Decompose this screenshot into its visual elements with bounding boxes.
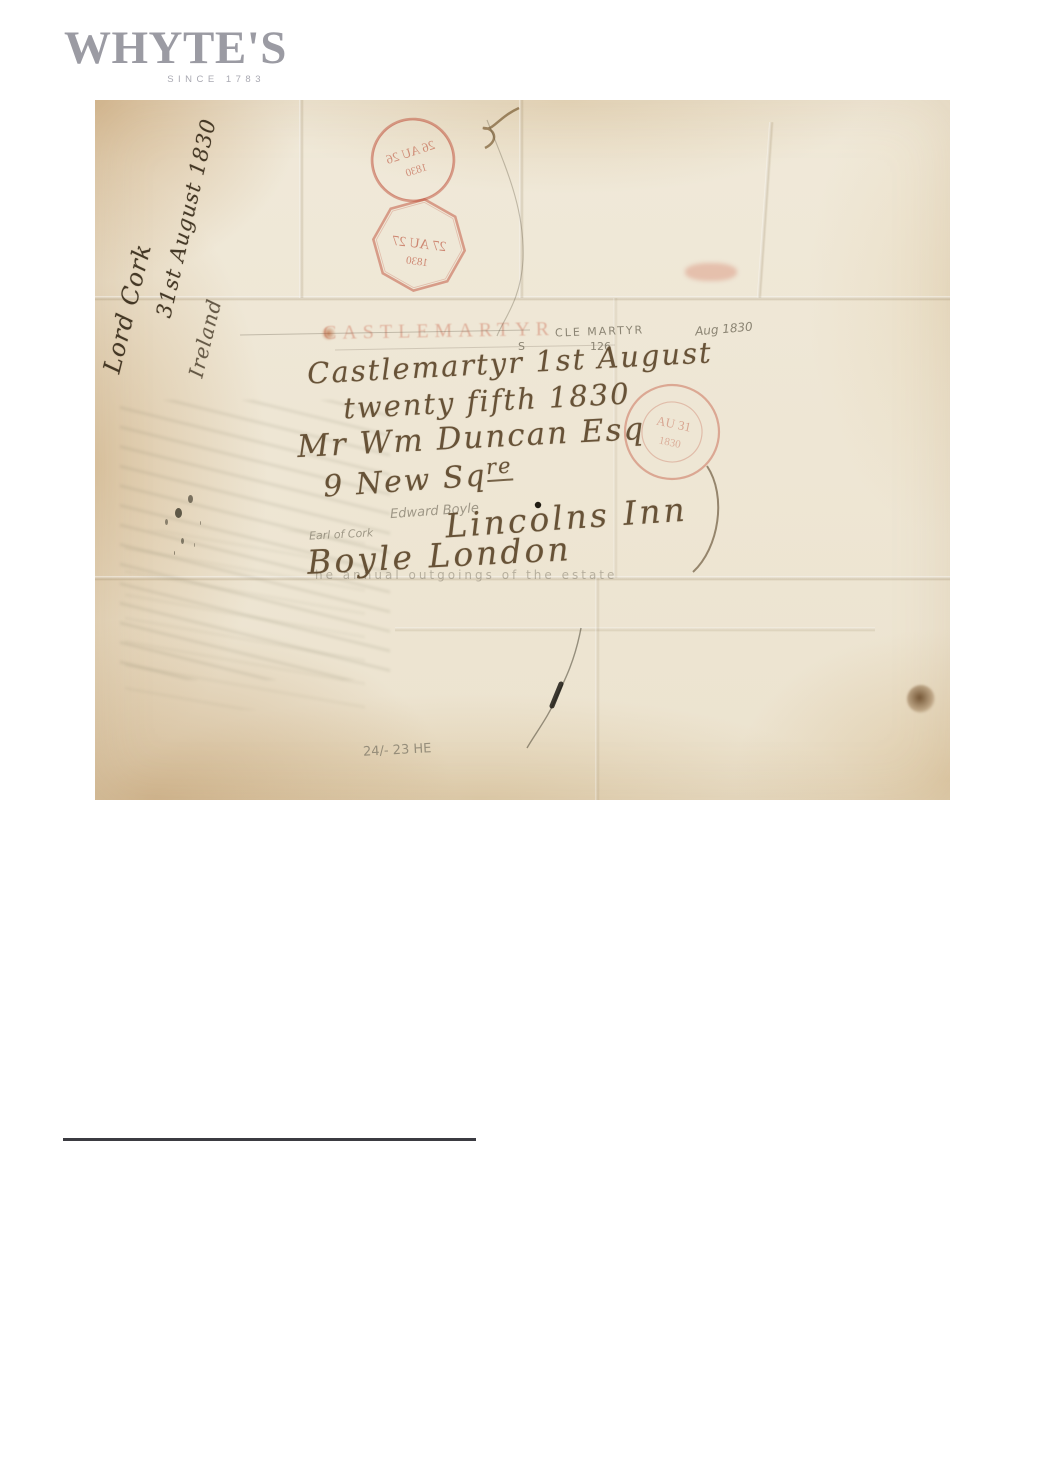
hairline-crease	[487, 120, 523, 336]
letter-photo: Lord Cork 31st August 1830 Ireland CASTL…	[95, 100, 950, 800]
ink-squiggle	[483, 108, 519, 148]
fold-crease	[757, 122, 774, 298]
ink-spatter	[175, 508, 182, 518]
docket-line-2: 31st August 1830	[152, 116, 221, 320]
pencil-price-note: 24/- 23 HE	[363, 741, 432, 760]
red-cds-date: AU 31	[655, 413, 692, 435]
docket-line-1: Lord Cork	[98, 240, 157, 376]
paper-crack	[527, 628, 581, 748]
whytes-tagline: SINCE 1783	[64, 74, 268, 85]
wax-stain	[907, 685, 935, 713]
fold-crease	[299, 100, 304, 298]
red-cds-year: 1830	[658, 435, 683, 451]
circle-datestamp: 26 AU 26 1830	[361, 108, 464, 211]
footnote-divider	[63, 1138, 476, 1141]
octagon-datestamp: 27 AU 27 1830	[368, 194, 471, 297]
octagon-datestamp-date: 27 AU 27	[391, 234, 447, 256]
address-line-4-superscript: re	[485, 453, 513, 482]
address-line-4-main: 9 New Sq	[322, 458, 488, 504]
pen-flourish	[693, 466, 718, 572]
paper-crack-dark	[552, 684, 561, 706]
fold-crease	[519, 100, 524, 298]
pencil-town-note: CLE MARTYR	[555, 323, 645, 339]
docket-line-3: Ireland	[184, 296, 227, 380]
whytes-wordmark: WHYTE'S	[64, 24, 268, 73]
fold-crease	[595, 578, 600, 800]
red-smudge	[685, 263, 737, 281]
fold-crease	[95, 296, 950, 301]
whytes-logo: WHYTE'S SINCE 1783	[64, 24, 268, 85]
circle-datestamp-year: 1830	[404, 161, 429, 179]
circle-datestamp-date: 26 AU 26	[384, 137, 437, 167]
octagon-datestamp-year: 1830	[405, 255, 429, 270]
fold-crease	[395, 627, 875, 632]
